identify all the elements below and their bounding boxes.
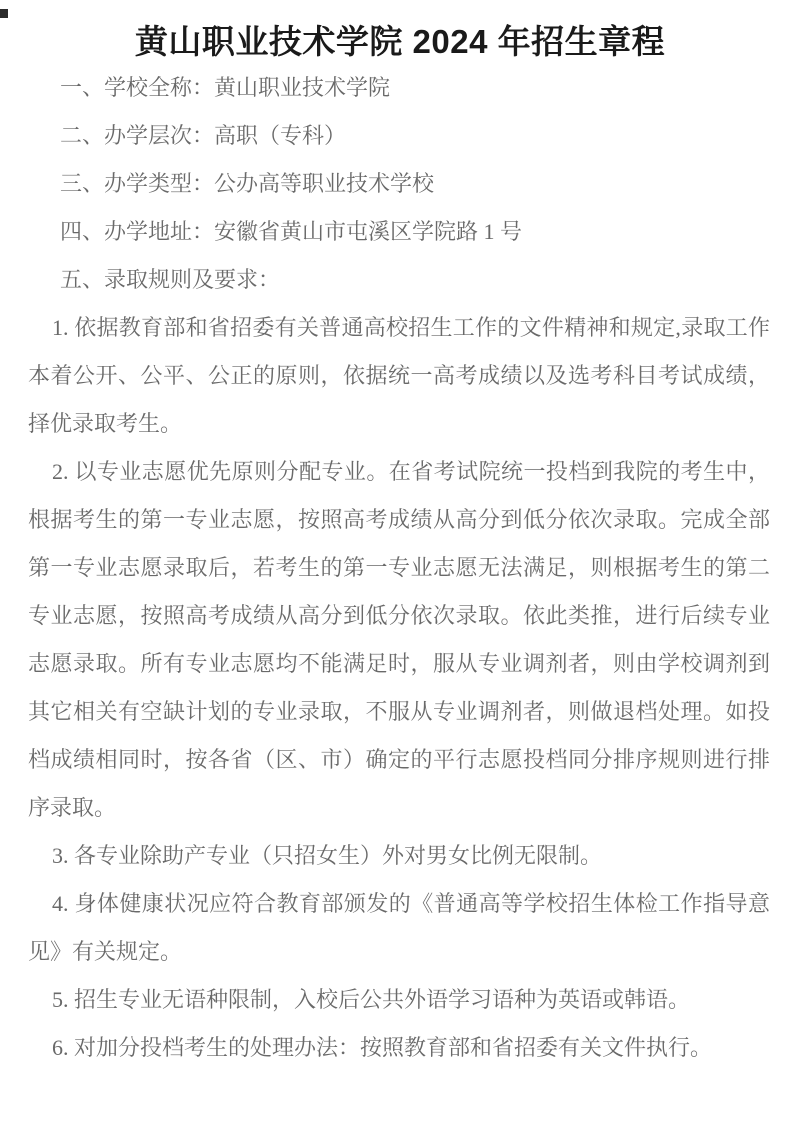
basic-info-school-name: 一、学校全称：黄山职业技术学院 [28, 64, 770, 112]
rule-paragraph-4: 4. 身体健康状况应符合教育部颁发的《普通高等学校招生体检工作指导意见》有关规定… [28, 880, 770, 976]
basic-info-address: 四、办学地址：安徽省黄山市屯溪区学院路 1 号 [28, 208, 770, 256]
rule-paragraph-2: 2. 以专业志愿优先原则分配专业。在省考试院统一投档到我院的考生中，根据考生的第… [28, 448, 770, 832]
rule-paragraph-3: 3. 各专业除助产专业（只招女生）外对男女比例无限制。 [28, 832, 770, 880]
document-body: 一、学校全称：黄山职业技术学院 二、办学层次：高职（专科） 三、办学类型：公办高… [0, 64, 800, 1072]
rule-paragraph-5: 5. 招生专业无语种限制，入校后公共外语学习语种为英语或韩语。 [28, 976, 770, 1024]
scan-artifact-mark [0, 9, 8, 18]
rule-paragraph-6: 6. 对加分投档考生的处理办法：按照教育部和省招委有关文件执行。 [28, 1024, 770, 1072]
basic-info-admission-rules-heading: 五、录取规则及要求： [28, 256, 770, 304]
document-page: 黄山职业技术学院 2024 年招生章程 一、学校全称：黄山职业技术学院 二、办学… [0, 0, 800, 1130]
basic-info-education-level: 二、办学层次：高职（专科） [28, 112, 770, 160]
document-title: 黄山职业技术学院 2024 年招生章程 [0, 0, 800, 62]
rule-paragraph-1: 1. 依据教育部和省招委有关普通高校招生工作的文件精神和规定,录取工作本着公开、… [28, 304, 770, 448]
basic-info-school-type: 三、办学类型：公办高等职业技术学校 [28, 160, 770, 208]
